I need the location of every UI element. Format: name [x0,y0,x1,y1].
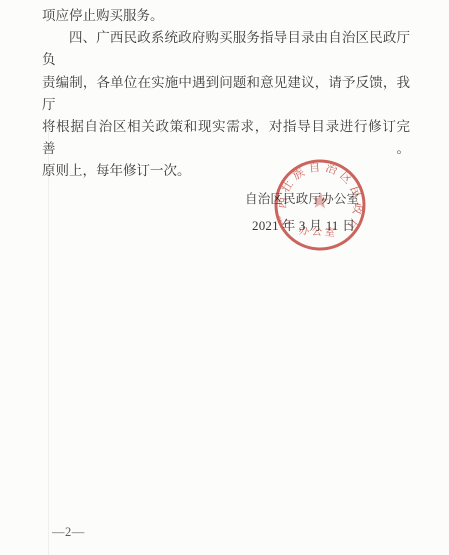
body-line: 四、广西民政系统政府购买服务指导目录由自治区民政厅负 [42,27,410,71]
body-text-block: 项应停止购买服务。 四、广西民政系统政府购买服务指导目录由自治区民政厅负 责编制… [42,5,410,183]
body-line: 原则上，每年修订一次。 [42,160,410,182]
document-page: 项应停止购买服务。 四、广西民政系统政府购买服务指导目录由自治区民政厅负 责编制… [0,0,449,555]
body-line: 将根据自治区相关政策和现实需求，对指导目录进行修订完善。 [42,116,410,160]
signature-office: 自治区民政厅办公室 [245,192,359,206]
body-line: 项应停止购买服务。 [42,5,410,27]
page-number: —2— [52,525,85,540]
scan-artifact-line [48,130,49,555]
signature-date: 2021 年 3 月 11 日 [252,219,355,233]
body-line: 责编制，各单位在实施中遇到问题和意见建议，请予反馈，我厅 [42,72,410,116]
